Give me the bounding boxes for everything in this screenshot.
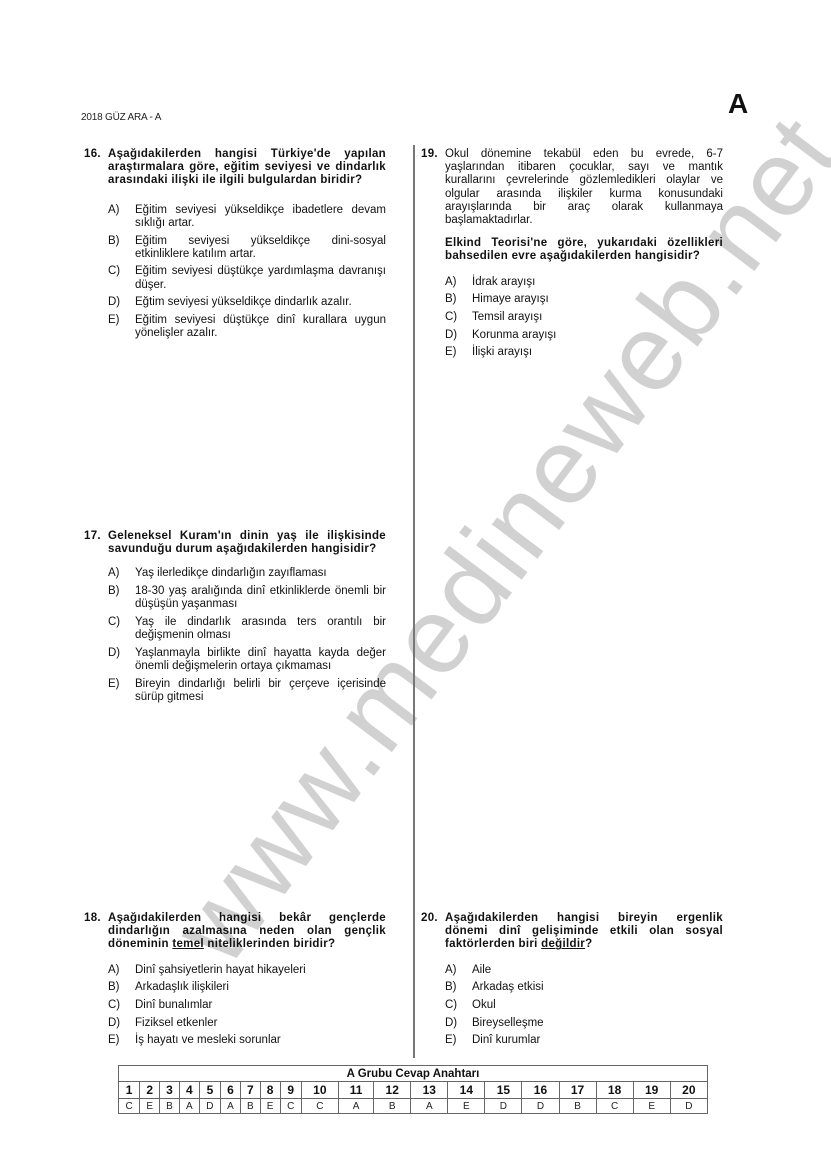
option-c: C)Dinî bunalımlar xyxy=(108,999,386,1012)
option-text: Yaşlanmayla birlikte dinî hayatta kayda … xyxy=(135,647,386,673)
option-e: E)İlişki arayışı xyxy=(445,346,723,359)
answer-key-number: 16 xyxy=(522,1082,559,1099)
option-letter: B) xyxy=(108,235,135,261)
answer-key-number: 11 xyxy=(338,1082,373,1099)
emphasis-underlined: temel xyxy=(172,938,204,950)
option-a: A)Dinî şahsiyetlerin hayat hikayeleri xyxy=(108,964,386,977)
answer-key-answer: D xyxy=(522,1099,559,1114)
answer-key-number: 8 xyxy=(260,1082,280,1099)
question-20: 20. Aşağıdakilerden hangisi bireyin erge… xyxy=(421,912,723,1052)
answer-key-answer: C xyxy=(301,1099,338,1114)
option-letter: B) xyxy=(108,981,135,994)
answer-key-number: 15 xyxy=(485,1082,522,1099)
answer-key-answer: D xyxy=(485,1099,522,1114)
answer-key-answer: E xyxy=(633,1099,670,1114)
options-list: A)Dinî şahsiyetlerin hayat hikayeleriB)A… xyxy=(108,964,386,1048)
option-text: Okul xyxy=(472,999,723,1012)
option-letter: C) xyxy=(108,999,135,1012)
answer-key-answers: CEBADABECCABAEDDBCED xyxy=(119,1099,708,1114)
answer-key-number: 1 xyxy=(119,1082,140,1099)
option-letter: E) xyxy=(445,346,472,359)
option-text: Himaye arayışı xyxy=(472,293,723,306)
answer-key-number: 17 xyxy=(559,1082,596,1099)
question-18: 18. Aşağıdakilerden hangisi bekâr gençle… xyxy=(84,912,386,1052)
option-c: C)Yaş ile dindarlık arasında ters orantı… xyxy=(108,616,386,642)
answer-key-answer: C xyxy=(280,1099,301,1114)
option-e: E)Bireyin dindarlığı belirli bir çerçeve… xyxy=(108,678,386,704)
option-b: B)Arkadaşlık ilişkileri xyxy=(108,981,386,994)
answer-key-number: 18 xyxy=(596,1082,633,1099)
option-text: 18-30 yaş aralığında dinî etkinliklerde … xyxy=(135,585,386,611)
option-text: İlişki arayışı xyxy=(472,346,723,359)
answer-key-number: 13 xyxy=(411,1082,448,1099)
answer-key-answer: A xyxy=(221,1099,241,1114)
option-a: A)Yaş ilerledikçe dindarlığın zayıflamas… xyxy=(108,567,386,580)
option-letter: C) xyxy=(108,265,135,291)
option-letter: B) xyxy=(445,293,472,306)
answer-key-number: 10 xyxy=(301,1082,338,1099)
answer-key-answer: D xyxy=(670,1099,707,1114)
answer-key-answer: C xyxy=(119,1099,140,1114)
option-e: E)İş hayatı ve mesleki sorunlar xyxy=(108,1034,386,1047)
option-e: E)Eğitim seviyesi düştükçe dinî kurallar… xyxy=(108,314,386,340)
option-text: Eğtim seviyesi yükseldikçe dindarlık aza… xyxy=(135,296,386,309)
option-a: A)Aile xyxy=(445,964,723,977)
option-letter: C) xyxy=(108,616,135,642)
option-text: Dinî kurumlar xyxy=(472,1034,723,1047)
option-letter: D) xyxy=(108,1017,135,1030)
option-b: B)Himaye arayışı xyxy=(445,293,723,306)
answer-key-answer: E xyxy=(448,1099,485,1114)
option-letter: C) xyxy=(445,999,472,1012)
option-text: Eğitim seviyesi yükseldikçe ibadetlere d… xyxy=(135,204,386,230)
question-stem: Geleneksel Kuram'ın dinin yaş ile ilişki… xyxy=(108,530,386,556)
answer-key-number: 9 xyxy=(280,1082,301,1099)
option-letter: E) xyxy=(108,678,135,704)
option-letter: A) xyxy=(445,276,472,289)
option-text: Korunma arayışı xyxy=(472,329,723,342)
answer-key-answer: A xyxy=(179,1099,199,1114)
option-e: E)Dinî kurumlar xyxy=(445,1034,723,1047)
answer-key-table: A Grubu Cevap Anahtarı 12345678910111213… xyxy=(118,1065,708,1114)
option-b: B)Arkadaş etkisi xyxy=(445,981,723,994)
answer-key-number: 3 xyxy=(160,1082,180,1099)
emphasis-underlined: değildir xyxy=(541,938,585,950)
answer-key-answer: D xyxy=(199,1099,220,1114)
question-number: 16. xyxy=(84,148,108,188)
option-text: Eğitim seviyesi düştükçe dinî kurallara … xyxy=(135,314,386,340)
question-17: 17. Geleneksel Kuram'ın dinin yaş ile il… xyxy=(84,530,386,709)
option-letter: B) xyxy=(108,585,135,611)
option-text: Bireyin dindarlığı belirli bir çerçeve i… xyxy=(135,678,386,704)
option-letter: D) xyxy=(108,647,135,673)
option-letter: B) xyxy=(445,981,472,994)
column-divider xyxy=(413,145,415,1058)
answer-key-number: 4 xyxy=(179,1082,199,1099)
option-letter: D) xyxy=(445,1017,472,1030)
answer-key-number: 6 xyxy=(221,1082,241,1099)
question-number: 18. xyxy=(84,912,108,952)
option-b: B)Eğitim seviyesi yükseldikçe dini-sosya… xyxy=(108,235,386,261)
answer-key-number: 2 xyxy=(140,1082,160,1099)
option-c: C)Temsil arayışı xyxy=(445,311,723,324)
question-number: 17. xyxy=(84,530,108,556)
option-text: Yaş ile dindarlık arasında ters orantılı… xyxy=(135,616,386,642)
option-text: Bireyselleşme xyxy=(472,1017,723,1030)
answer-key-answer: E xyxy=(260,1099,280,1114)
option-letter: A) xyxy=(108,964,135,977)
answer-key-answer: A xyxy=(411,1099,448,1114)
option-d: D)Bireyselleşme xyxy=(445,1017,723,1030)
question-stem: Aşağıdakilerden hangisi bekâr gençlerde … xyxy=(108,912,386,952)
option-text: Dinî şahsiyetlerin hayat hikayeleri xyxy=(135,964,386,977)
option-letter: E) xyxy=(108,1034,135,1047)
option-d: D)Yaşlanmayla birlikte dinî hayatta kayd… xyxy=(108,647,386,673)
option-letter: D) xyxy=(445,329,472,342)
option-text: Yaş ilerledikçe dindarlığın zayıflaması xyxy=(135,567,386,580)
answer-key-numbers: 1234567891011121314151617181920 xyxy=(119,1082,708,1099)
question-16: 16. Aşağıdakilerden hangisi Türkiye'de y… xyxy=(84,148,386,345)
options-list: A)AileB)Arkadaş etkisiC)OkulD)Bireyselle… xyxy=(445,964,723,1048)
answer-key-number: 19 xyxy=(633,1082,670,1099)
answer-key-number: 7 xyxy=(240,1082,260,1099)
question-passage: Okul dönemine tekabül eden bu evrede, 6-… xyxy=(445,148,723,227)
question-19: 19. Okul dönemine tekabül eden bu evrede… xyxy=(421,148,723,364)
options-list: A)Yaş ilerledikçe dindarlığın zayıflamas… xyxy=(108,567,386,704)
option-letter: A) xyxy=(445,964,472,977)
option-letter: E) xyxy=(108,314,135,340)
booklet-group: A xyxy=(728,88,748,120)
option-b: B)18-30 yaş aralığında dinî etkinliklerd… xyxy=(108,585,386,611)
answer-key-number: 20 xyxy=(670,1082,707,1099)
option-letter: E) xyxy=(445,1034,472,1047)
option-text: İş hayatı ve mesleki sorunlar xyxy=(135,1034,386,1047)
answer-key-answer: B xyxy=(559,1099,596,1114)
option-a: A)Eğitim seviyesi yükseldikçe ibadetlere… xyxy=(108,204,386,230)
answer-key-answer: B xyxy=(160,1099,180,1114)
options-list: A)İdrak arayışıB)Himaye arayışıC)Temsil … xyxy=(445,276,723,360)
exam-label: 2018 GÜZ ARA - A xyxy=(81,112,161,123)
question-number: 19. xyxy=(421,148,445,227)
option-letter: A) xyxy=(108,204,135,230)
option-c: C)Eğitim seviyesi düştükçe yardımlaşma d… xyxy=(108,265,386,291)
question-stem: Aşağıdakilerden hangisi bireyin ergenlik… xyxy=(445,912,723,952)
option-letter: D) xyxy=(108,296,135,309)
option-text: Fiziksel etkenler xyxy=(135,1017,386,1030)
option-text: Eğitim seviyesi yükseldikçe dini-sosyal … xyxy=(135,235,386,261)
options-list: A)Eğitim seviyesi yükseldikçe ibadetlere… xyxy=(108,204,386,341)
question-stem: Elkind Teorisi'ne göre, yukarıdaki özell… xyxy=(445,237,723,263)
option-text: Temsil arayışı xyxy=(472,311,723,324)
answer-key-answer: E xyxy=(140,1099,160,1114)
option-text: Eğitim seviyesi düştükçe yardımlaşma dav… xyxy=(135,265,386,291)
option-text: Arkadaş etkisi xyxy=(472,981,723,994)
question-number: 20. xyxy=(421,912,445,952)
option-text: İdrak arayışı xyxy=(472,276,723,289)
option-letter: C) xyxy=(445,311,472,324)
answer-key-title: A Grubu Cevap Anahtarı xyxy=(119,1066,708,1082)
option-d: D)Fiziksel etkenler xyxy=(108,1017,386,1030)
option-d: D)Eğtim seviyesi yükseldikçe dindarlık a… xyxy=(108,296,386,309)
answer-key-number: 14 xyxy=(448,1082,485,1099)
option-c: C)Okul xyxy=(445,999,723,1012)
answer-key-answer: B xyxy=(240,1099,260,1114)
option-text: Arkadaşlık ilişkileri xyxy=(135,981,386,994)
question-stem: Aşağıdakilerden hangisi Türkiye'de yapıl… xyxy=(108,148,386,188)
answer-key-answer: A xyxy=(338,1099,373,1114)
answer-key-number: 12 xyxy=(374,1082,411,1099)
option-a: A)İdrak arayışı xyxy=(445,276,723,289)
option-letter: A) xyxy=(108,567,135,580)
option-text: Aile xyxy=(472,964,723,977)
answer-key-number: 5 xyxy=(199,1082,220,1099)
option-text: Dinî bunalımlar xyxy=(135,999,386,1012)
answer-key-answer: B xyxy=(374,1099,411,1114)
answer-key-answer: C xyxy=(596,1099,633,1114)
option-d: D)Korunma arayışı xyxy=(445,329,723,342)
